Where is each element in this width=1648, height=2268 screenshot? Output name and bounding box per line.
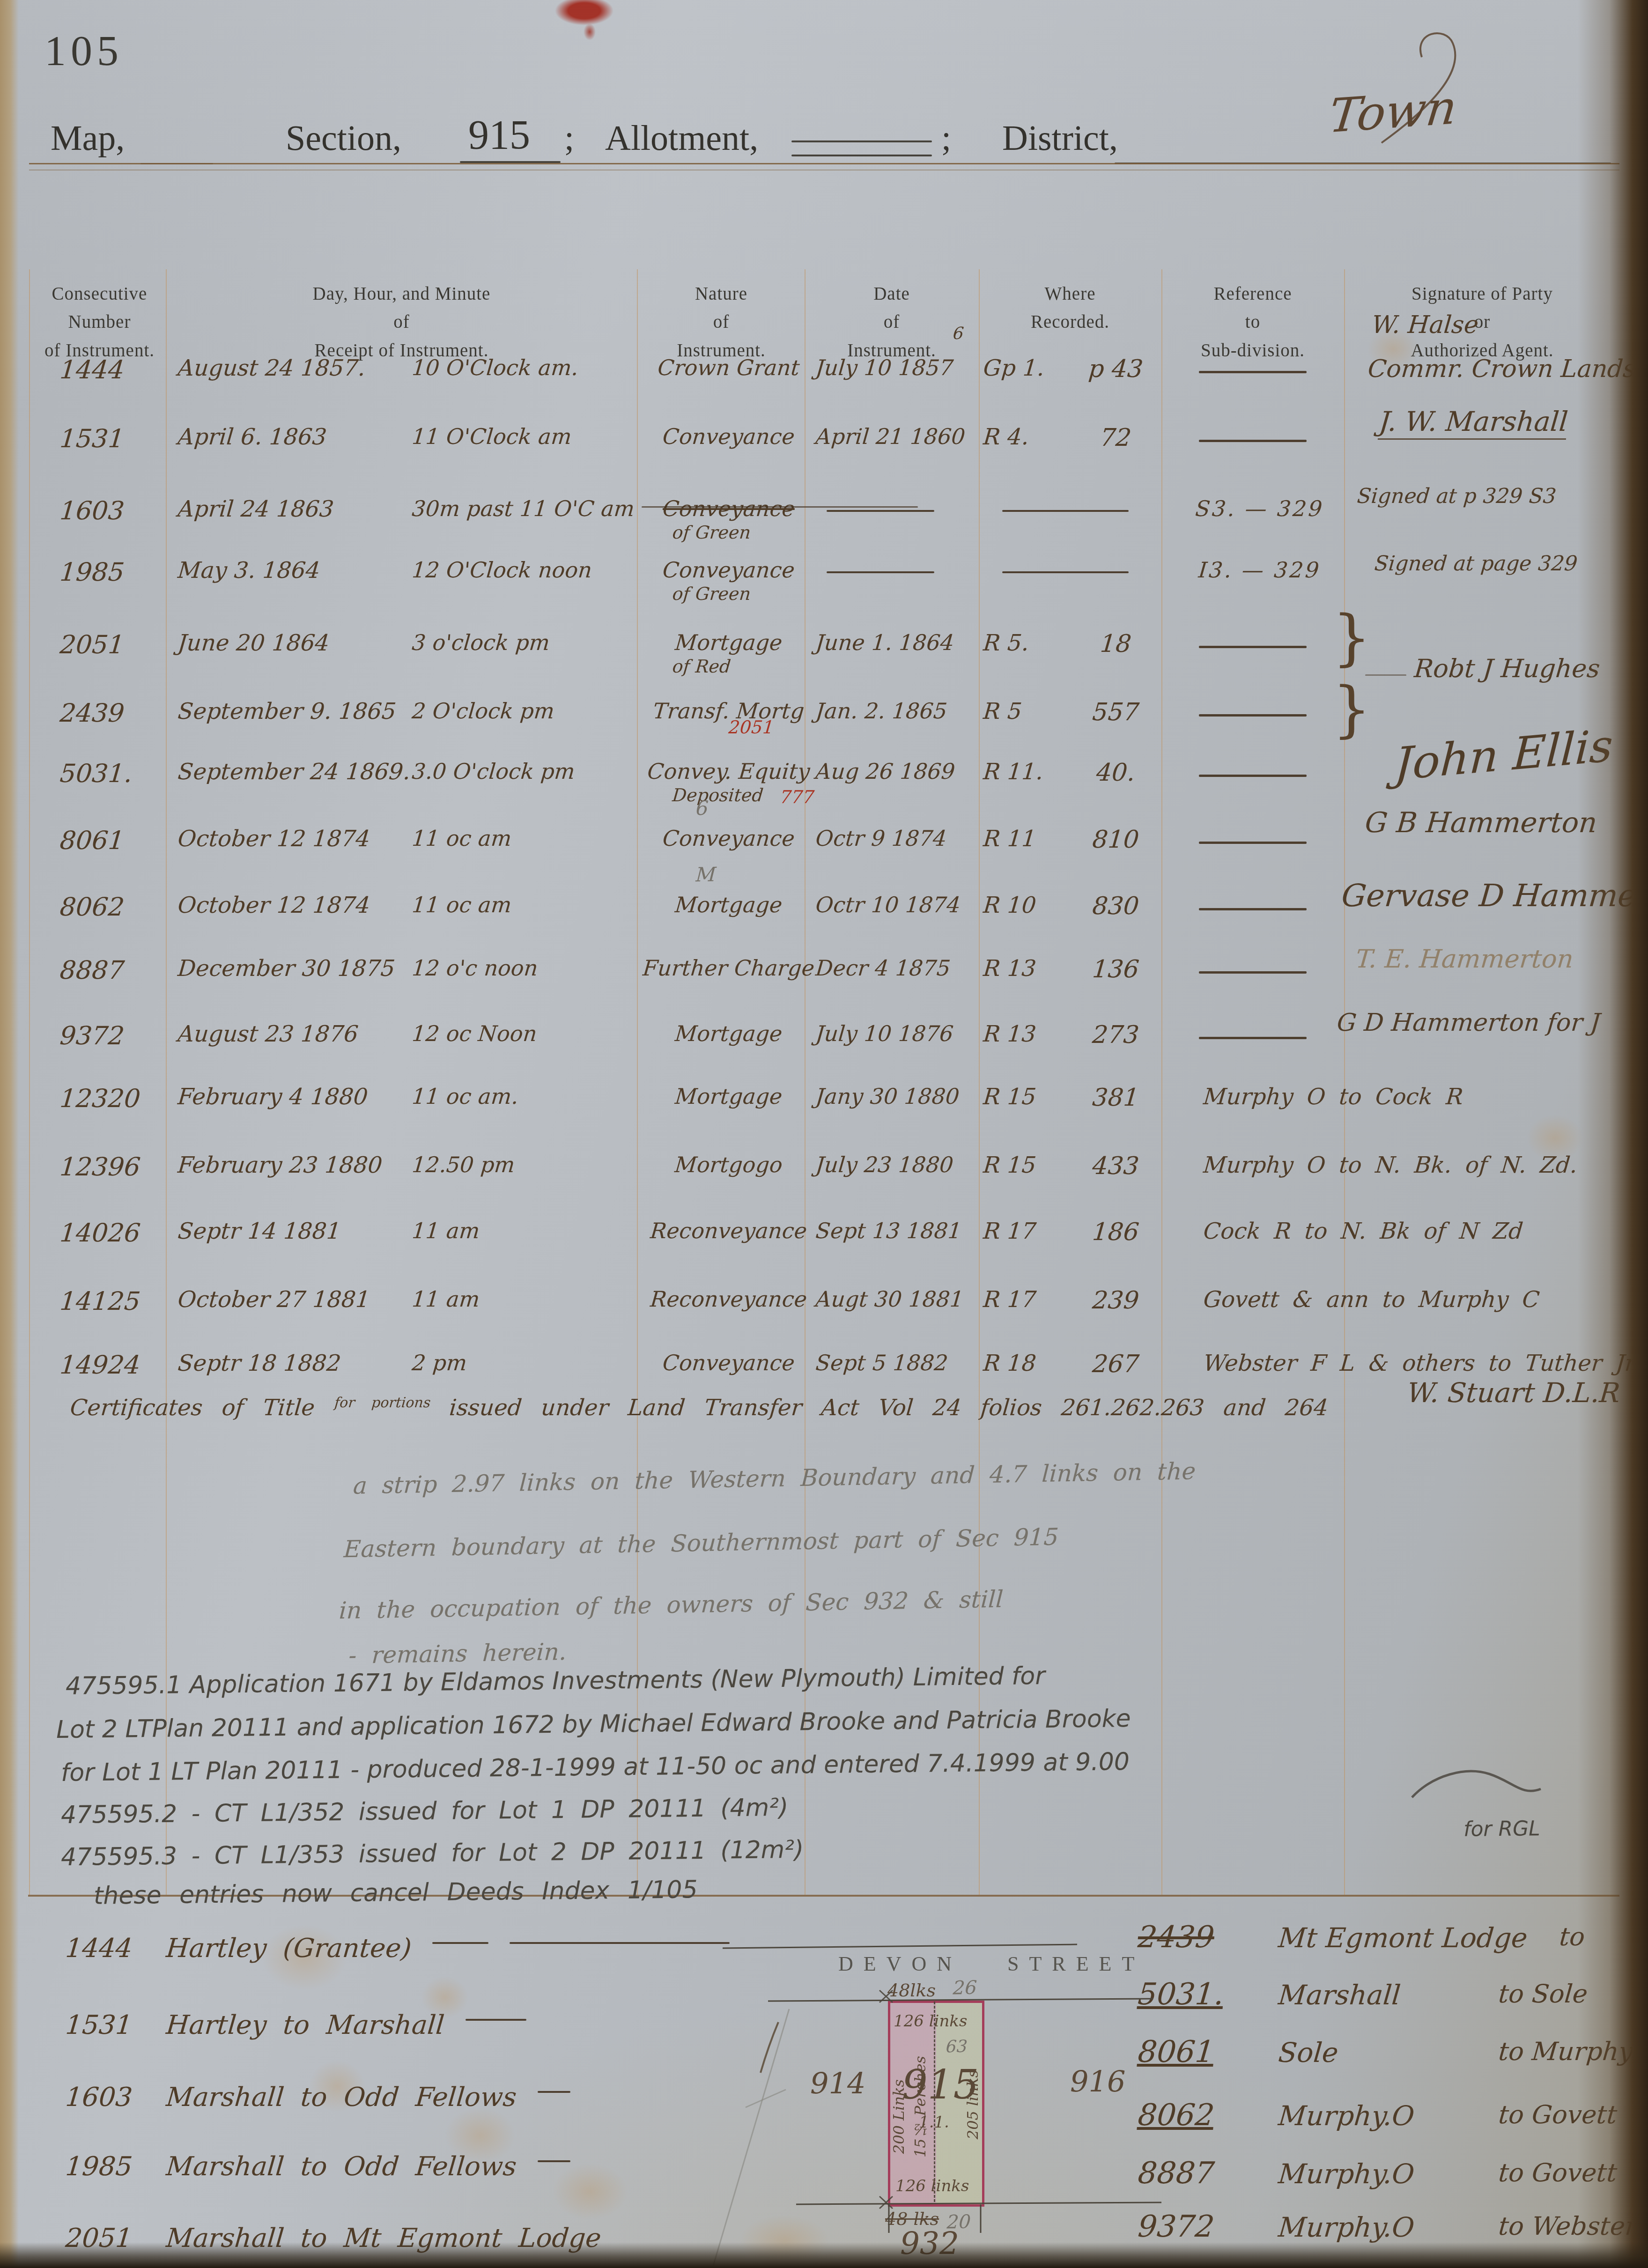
certificate-note-suffix: issued under Land Transfer Act Vol 24 fo… <box>448 1395 1329 1421</box>
row-3-reference: I3. — 329 <box>1160 557 1360 583</box>
row-10-number: 9372 <box>59 1021 171 1050</box>
row-2-nature: Conveyance <box>639 496 819 521</box>
row-7-time: 11 oc am <box>411 826 513 851</box>
row-5-number: 2439 <box>59 698 171 728</box>
row-9-signature: T. E. Hammerton <box>1354 944 1574 974</box>
column-rule-2 <box>637 269 638 1895</box>
row-14-record-book: R 17 <box>983 1286 1037 1313</box>
row-7-date: Octr 9 1874 <box>815 826 948 851</box>
row-12-time: 12.50 pm <box>411 1152 516 1177</box>
row-8-record-book: R 10 <box>983 892 1037 918</box>
row-6-number: 5031. <box>59 759 171 788</box>
ledger-left-dash <box>432 1942 488 1944</box>
ledger-left-text: Marshall to Odd Fellows <box>165 2082 518 2113</box>
ledger-left-number: 1603 <box>64 2082 168 2113</box>
row-11-record-book: R 15 <box>983 1084 1037 1110</box>
ledger-left-dash <box>538 2091 570 2093</box>
row-4-time: 3 o'clock pm <box>411 630 551 655</box>
row-0-record-folio: p 43 <box>1071 355 1160 383</box>
row-11-nature: Mortgage <box>639 1084 819 1109</box>
header-rule <box>29 163 1619 164</box>
row-4-record-folio: 18 <box>1071 630 1160 658</box>
row-2-strike-line <box>642 506 918 508</box>
row-1-reference-dash <box>1199 440 1307 442</box>
row-14-time: 11 am <box>411 1286 481 1312</box>
row-5-time: 2 O'clock pm <box>411 698 555 724</box>
row-15-date: Sept 5 1882 <box>815 1350 949 1375</box>
row-2-received: April 24 1863 <box>177 496 335 522</box>
column-rule-4 <box>979 269 980 1895</box>
row-8-date: Octr 10 1874 <box>815 892 962 917</box>
row-3-signature: Signed at page 329 <box>1374 552 1579 576</box>
row-2-book-blank <box>1002 510 1129 512</box>
row-13-time: 11 am <box>411 1218 481 1243</box>
row-0-received: August 24 1857. <box>177 355 367 381</box>
row-8-reference-dash <box>1199 908 1307 910</box>
ledger-right-from: Murphy.O <box>1277 2158 1416 2190</box>
row-0-number: 1444 <box>59 355 171 384</box>
row-4-received: June 20 1864 <box>177 630 331 656</box>
column-header-0: Consecutive Number of Instrument. <box>33 280 166 365</box>
row-2-number: 1603 <box>59 496 171 525</box>
row-14-date: Augt 30 1881 <box>815 1286 965 1312</box>
column-header-1: Day, Hour, and Minute of Receipt of Inst… <box>169 280 635 365</box>
ledger-right-row-4: 8887Murphy.Oto Govett <box>1138 2156 1646 2191</box>
ledger-right-number: 8062 <box>1137 2098 1280 2133</box>
row-3-number: 1985 <box>59 557 171 587</box>
modern-note-line: 475595.3 - CT L1/353 issued for Lot 2 DP… <box>61 1836 804 1872</box>
section-value: 915 <box>468 111 530 159</box>
row-13-parties: Cock R to N. Bk of N Zd <box>1203 1218 1524 1244</box>
row-5-record-book: R 5 <box>983 698 1023 724</box>
row-0-date-superscript: 6 <box>952 324 964 343</box>
ledger-right-from: Mt Egmont Lodge <box>1277 1922 1529 1954</box>
row-10-reference-dash <box>1199 1037 1307 1039</box>
row-15-record-book: R 18 <box>983 1350 1037 1376</box>
row-6-date: Aug 26 1869 <box>815 759 956 784</box>
modern-note-line: 475595.1 Application 1671 by Eldamos Inv… <box>66 1662 1045 1700</box>
district-label: District, <box>1002 118 1118 159</box>
row-12-record-book: R 15 <box>983 1152 1037 1178</box>
pencil-note-line: - remains herein. <box>348 1638 567 1669</box>
row-8-number: 8062 <box>59 892 171 922</box>
row-9-reference-dash <box>1199 971 1307 974</box>
ledger-left-row-3: 1985Marshall to Odd Fellows <box>66 2151 570 2182</box>
ledger-right-number: 8061 <box>1137 2035 1280 2069</box>
book-spine-edge-right <box>1578 0 1648 2268</box>
row-13-date: Sept 13 1881 <box>815 1218 963 1243</box>
row-13-nature: Reconveyance <box>639 1218 819 1243</box>
ledger-right-from: Murphy.O <box>1277 2211 1416 2243</box>
row-1-nature: Conveyance <box>639 424 819 449</box>
row-1-received: April 6. 1863 <box>177 424 328 450</box>
pencil-note-line: Eastern boundary at the Southernmost par… <box>343 1523 1059 1563</box>
row-brace-icon <box>1332 602 1371 673</box>
map-label: Map, <box>51 118 125 159</box>
row-1-time: 11 O'Clock am <box>411 424 573 449</box>
column-header-3: Date of Instrument. <box>807 280 976 365</box>
allotment-separator: ; <box>941 118 951 159</box>
row-9-number: 8887 <box>59 955 171 985</box>
row-14-number: 14125 <box>59 1286 171 1316</box>
section-separator: ; <box>564 118 574 159</box>
row-12-record-folio: 433 <box>1071 1152 1160 1180</box>
row-2-date-blank <box>827 510 934 512</box>
certificate-note-prefix: Certificates of Title <box>69 1395 316 1421</box>
row-2-time: 30m past 11 O'C am <box>411 496 636 521</box>
row-15-nature: Conveyance <box>639 1350 819 1375</box>
row-6-received: September 24 1869. <box>177 759 412 785</box>
allotment-blank-line <box>791 155 932 156</box>
row-9-date: Decr 4 1875 <box>815 955 952 981</box>
row-4-record-book: R 5. <box>983 630 1030 656</box>
ledger-right-number: 2439 <box>1137 1920 1280 1955</box>
row-10-record-book: R 13 <box>983 1021 1037 1047</box>
deeds-index-register-page: 105 Map, Section, 915 ; Allotment, ; Dis… <box>0 0 1648 2268</box>
row-3-time: 12 O'Clock noon <box>411 557 593 583</box>
row-10-signature: G D Hammerton for J <box>1336 1009 1601 1037</box>
row-7-reference-dash <box>1199 842 1307 844</box>
sketch-top-dimension: 48lks <box>887 1980 936 2001</box>
row-7-signature: G B Hammerton <box>1364 806 1598 839</box>
row-10-received: August 23 1876 <box>177 1021 360 1047</box>
row-2-reference: S3. — 329 <box>1160 496 1360 521</box>
modern-note-signature: for RGL <box>1463 1817 1540 1841</box>
ledger-left-number: 1531 <box>64 2010 168 2040</box>
row-1-date: April 21 1860 <box>815 424 967 449</box>
row-13-record-folio: 186 <box>1071 1218 1160 1246</box>
certificate-note: Certificates of Title for portions issue… <box>69 1395 1330 1421</box>
row-0-time: 10 O'Clock am. <box>411 355 580 380</box>
ledger-right-from: Sole <box>1277 2037 1339 2069</box>
row-6-reference-dash <box>1199 775 1307 777</box>
column-header-2: Nature of Instrument. <box>639 280 803 365</box>
ledger-left-text: Marshall to Odd Fellows <box>165 2151 518 2182</box>
red-ink-drip <box>584 23 596 40</box>
row-3-book-blank <box>1002 571 1129 573</box>
row-9-nature: Further Charge <box>639 955 819 981</box>
ledger-left-text: Hartley (Grantee) <box>165 1933 413 1964</box>
row-12-received: February 23 1880 <box>177 1152 384 1178</box>
row-7-record-folio: 810 <box>1071 826 1160 854</box>
row-10-nature: Mortgage <box>639 1021 819 1046</box>
section-label: Section, <box>286 118 401 159</box>
modern-note-line: for Lot 1 LT Plan 20111 - produced 28-1-… <box>61 1748 1130 1787</box>
ledger-right-from: Marshall <box>1277 1979 1402 2011</box>
row-3-date-blank <box>827 571 934 573</box>
book-edge-bottom <box>0 2242 1648 2268</box>
row-5-signature: Robt J Hughes <box>1413 654 1601 683</box>
row-6-nature: Convey. Equity <box>639 759 819 784</box>
ledger-left-number: 1985 <box>64 2151 168 2182</box>
row-15-received: Septr 18 1882 <box>177 1350 342 1376</box>
row-13-record-book: R 17 <box>983 1218 1037 1244</box>
ledger-left-dash <box>466 2019 526 2021</box>
modern-note-line: 475595.2 - CT L1/352 issued for Lot 1 DP… <box>61 1794 789 1829</box>
row-14-record-folio: 239 <box>1071 1286 1160 1315</box>
row-8-record-folio: 830 <box>1071 892 1160 920</box>
ledger-right-to: to Sole <box>1497 1979 1589 2009</box>
row-5-received: September 9. 1865 <box>177 698 398 724</box>
allotment-blank-line <box>791 140 932 142</box>
sketch-parcel-subdivision: 1.1. <box>919 2113 949 2132</box>
ledger-left-row-2: 1603Marshall to Odd Fellows <box>66 2082 570 2113</box>
sketch-street-name: DEVON STREET <box>838 1952 1145 1976</box>
row-3-nature: Conveyance <box>639 557 819 583</box>
row-14-parties: Govett & ann to Murphy C <box>1203 1286 1541 1313</box>
row-9-record-folio: 136 <box>1071 955 1160 983</box>
row-10-record-folio: 273 <box>1071 1021 1160 1049</box>
row-0-nature: Crown Grant <box>639 355 819 380</box>
row-0-record-book: Gp 1. <box>983 355 1046 381</box>
sketch-top-dimension-pencil: 26 <box>953 1977 977 1999</box>
ledger-left-row-1: 1531Hartley to Marshall <box>66 2010 526 2040</box>
row-15-record-folio: 267 <box>1071 1350 1160 1378</box>
district-value-handwritten: Town <box>1326 80 1459 143</box>
row-4-number: 2051 <box>59 630 171 659</box>
red-ink-stain <box>555 0 613 25</box>
ledger-right-row-1: 5031.Marshallto Sole <box>1138 1977 1646 2012</box>
ledger-right-number: 5031. <box>1137 1977 1280 2012</box>
sketch-inner-bottom-dimension: 126 links <box>895 2177 969 2195</box>
row-15-number: 14924 <box>59 1350 171 1380</box>
page-number: 105 <box>44 26 123 75</box>
row-4-reference-dash <box>1199 646 1307 648</box>
row-0-date: July 10 1857 <box>815 355 954 380</box>
row-7-record-book: R 11 <box>983 826 1037 852</box>
row-1-signature: J. W. Marshall <box>1378 406 1569 440</box>
pencil-note-line: in the occupation of the owners of Sec 9… <box>339 1586 1004 1625</box>
row-7-received: October 12 1874 <box>177 826 371 852</box>
row-4-nature-note: of Red <box>672 656 732 677</box>
ledger-left-text: Hartley to Marshall <box>165 2010 445 2040</box>
row-7-number: 8061 <box>59 826 171 855</box>
row-4-nature: Mortgage <box>639 630 819 655</box>
row-12-parties: Murphy O to N. Bk. of N. Zd. <box>1203 1152 1579 1178</box>
row-11-parties: Murphy O to Cock R <box>1203 1084 1464 1110</box>
row-15-time: 2 pm <box>411 1350 468 1375</box>
column-rule-0 <box>29 269 30 1895</box>
ledger-right-row-0: 2439Mt Egmont Lodgeto <box>1138 1920 1646 1955</box>
column-header-4: Where Recorded. <box>981 280 1159 337</box>
row-4-date: June 1. 1864 <box>815 630 955 655</box>
row-9-record-book: R 13 <box>983 955 1037 982</box>
row-6-nature-note-red: 777 <box>779 787 815 807</box>
row-1-record-folio: 72 <box>1071 424 1160 452</box>
ledger-right-row-3: 8062Murphy.Oto Govett <box>1138 2098 1646 2133</box>
modern-note-line: these entries now cancel Deeds Index 1/1… <box>94 1876 698 1910</box>
ledger-left-number: 1444 <box>64 1933 168 1964</box>
ledger-left-dash <box>510 1942 730 1944</box>
row-2-nature-note: of Green <box>672 522 752 543</box>
row-3-received: May 3. 1864 <box>177 557 321 584</box>
row-14-received: October 27 1881 <box>177 1286 371 1313</box>
torn-page-edge-left <box>0 0 19 2268</box>
row-14-nature: Reconveyance <box>639 1286 819 1312</box>
ledger-right-number: 9372 <box>1137 2209 1280 2244</box>
row-5-nature: Transf. Mortg <box>639 698 819 724</box>
ledger-left-row-0: 1444Hartley (Grantee) <box>66 1933 730 1964</box>
certificate-note-superscript: for portions <box>334 1395 431 1411</box>
column-header-5: Reference to Sub-division. <box>1164 280 1342 365</box>
row-brace-icon <box>1332 673 1371 745</box>
row-12-date: July 23 1880 <box>815 1152 954 1177</box>
row-2-signature: Signed at p 329 S3 <box>1356 484 1558 508</box>
row-6-record-book: R 11. <box>983 759 1045 785</box>
row-1-record-book: R 4. <box>983 424 1030 450</box>
ledger-right-row-2: 8061Soleto Murphy <box>1138 2035 1646 2069</box>
row-8-nature: Mortgage <box>639 892 819 917</box>
sketch-inner-top-dimension: 126 links <box>894 2012 967 2031</box>
ledger-left-dash <box>538 2160 570 2162</box>
sketch-pencil-note: 63 <box>946 2037 968 2057</box>
row-12-nature: Mortgogo <box>639 1152 819 1177</box>
row-11-number: 12320 <box>59 1084 171 1113</box>
row-5-record-folio: 557 <box>1071 698 1160 726</box>
header-rule-2 <box>29 170 1619 170</box>
row-5-reference-dash <box>1199 714 1307 717</box>
row-6-time: 3.0 O'clock pm <box>411 759 576 784</box>
row-5-nature-note-red: 2051 <box>728 717 775 738</box>
row-12-number: 12396 <box>59 1152 171 1182</box>
brace-link-stroke <box>1365 674 1406 676</box>
row-7-nature: Conveyance <box>639 826 819 851</box>
row-6-record-folio: 40. <box>1071 759 1160 787</box>
row-9-received: December 30 1875 <box>177 955 396 982</box>
ledger-right-number: 8887 <box>1137 2156 1280 2191</box>
row-1-number: 1531 <box>59 424 171 453</box>
modern-note-line: Lot 2 LTPlan 20111 and application 1672 … <box>56 1705 1131 1744</box>
row-8-time: 11 oc am <box>411 892 513 917</box>
row-10-date: July 10 1876 <box>815 1021 954 1046</box>
sketch-lot-914: 914 <box>810 2066 865 2100</box>
row-0-reference-dash <box>1199 371 1307 373</box>
row-3-nature-note: of Green <box>672 584 752 604</box>
pencil-note-line: a strip 2.97 links on the Western Bounda… <box>353 1457 1197 1499</box>
ledger-right-row-5: 9372Murphy.Oto Webster <box>1138 2209 1646 2244</box>
row-8-received: October 12 1874 <box>177 892 371 918</box>
row-10-time: 12 oc Noon <box>411 1021 538 1046</box>
row-11-date: Jany 30 1880 <box>815 1084 961 1109</box>
row-11-record-folio: 381 <box>1071 1084 1160 1112</box>
row-8-nature-annotation: M <box>695 863 717 887</box>
row-13-received: Septr 14 1881 <box>177 1218 342 1244</box>
row-7-nature-annotation: 6 <box>695 797 709 820</box>
row-11-received: February 4 1880 <box>177 1084 369 1110</box>
row-13-number: 14026 <box>59 1218 171 1248</box>
sketch-parcel-number: 915 <box>902 2061 968 2108</box>
allotment-label: Allotment, <box>605 118 758 159</box>
row-5-date: Jan. 2. 1865 <box>815 698 948 724</box>
row-9-time: 12 o'c noon <box>411 955 539 981</box>
ledger-right-from: Murphy.O <box>1277 2100 1416 2132</box>
row-11-time: 11 oc am. <box>411 1084 520 1109</box>
row-6-nature-note: Deposited <box>672 785 764 805</box>
sketch-lot-916: 916 <box>1070 2064 1125 2098</box>
